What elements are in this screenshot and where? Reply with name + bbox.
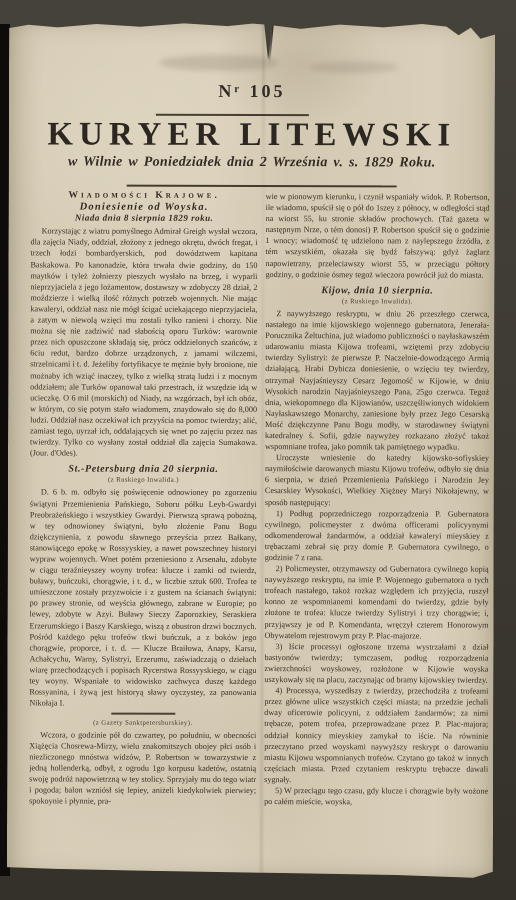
article-paragraph: Z naywyższego reskryptu, w dniu 26 przes… — [265, 308, 489, 453]
newspaper-page: Nʳ 105 KURYER LITEWSKI w Wilnie w Ponied… — [7, 20, 495, 878]
ink-bleed-smudge — [309, 61, 399, 73]
article-paragraph: Uroczyste wniesienie do katedry kijowsko… — [265, 452, 489, 508]
section-heading-petersburg: St.-Petersburg dnia 20 sierpnia. — [30, 464, 257, 476]
column-right: wie w pionowym kierunku, i czynił wspani… — [264, 191, 490, 849]
section-heading-wiadomosci-krajowe: Wiadomości Krajowe. — [31, 190, 258, 202]
section-heading-kijow: Kijow, dnia 10 sierpnia. — [265, 285, 489, 297]
article-list-item: 3) Iście processyi ogłoszone trzema wyst… — [264, 641, 488, 686]
scan-background: Nʳ 105 KURYER LITEWSKI w Wilnie w Ponied… — [0, 0, 516, 900]
issue-number: Nʳ 105 — [9, 80, 495, 102]
section-subheading-doniesienie: Doniesienie od Woyska. — [31, 202, 258, 214]
article-list-item: 4) Processya, wyszedłszy z twierdzy, prz… — [264, 685, 488, 785]
article-paragraph: Korzystając z wiatru pomyślnego Admirał … — [30, 226, 258, 460]
article-paragraph: D. 6 b. m. odbyło się poświęcenie odnowi… — [29, 487, 257, 709]
section-divider-rule — [111, 713, 175, 715]
masthead-rule-top — [156, 114, 309, 116]
masthead-dateline: w Wilnie w Poniedziałek dnia 2 Września … — [9, 154, 495, 171]
newspaper-title: KURYER LITEWSKI — [9, 116, 495, 154]
article-paragraph: Wczora, o godzinie pół do czwartey, po p… — [29, 729, 256, 807]
article-list-item: 2) Policmeyster, otrzymawszy od Gubernat… — [264, 563, 488, 641]
column-left: Wiadomości Krajowe. Doniesienie od Woysk… — [29, 190, 258, 838]
article-paragraph-continuation: wie w pionowym kierunku, i czynił wspani… — [265, 191, 489, 280]
masthead-rule-bottom — [127, 185, 397, 188]
section-dateline-niada: Niada dnia 8 sierpnia 1829 roku. — [31, 213, 258, 225]
article-list-item: 1) Podług poprzedniczego rozporządzenia … — [265, 508, 489, 564]
section-source: (z Gazety Sanktpetersburskiey). — [29, 717, 256, 729]
section-source: (z Ruskiego Inwalida). — [265, 296, 489, 308]
section-source: (z Ruskiego Inwalida.) — [30, 475, 257, 487]
article-list-item: 5) W przeciągu tego czasu, gdy klucze i … — [264, 785, 488, 808]
